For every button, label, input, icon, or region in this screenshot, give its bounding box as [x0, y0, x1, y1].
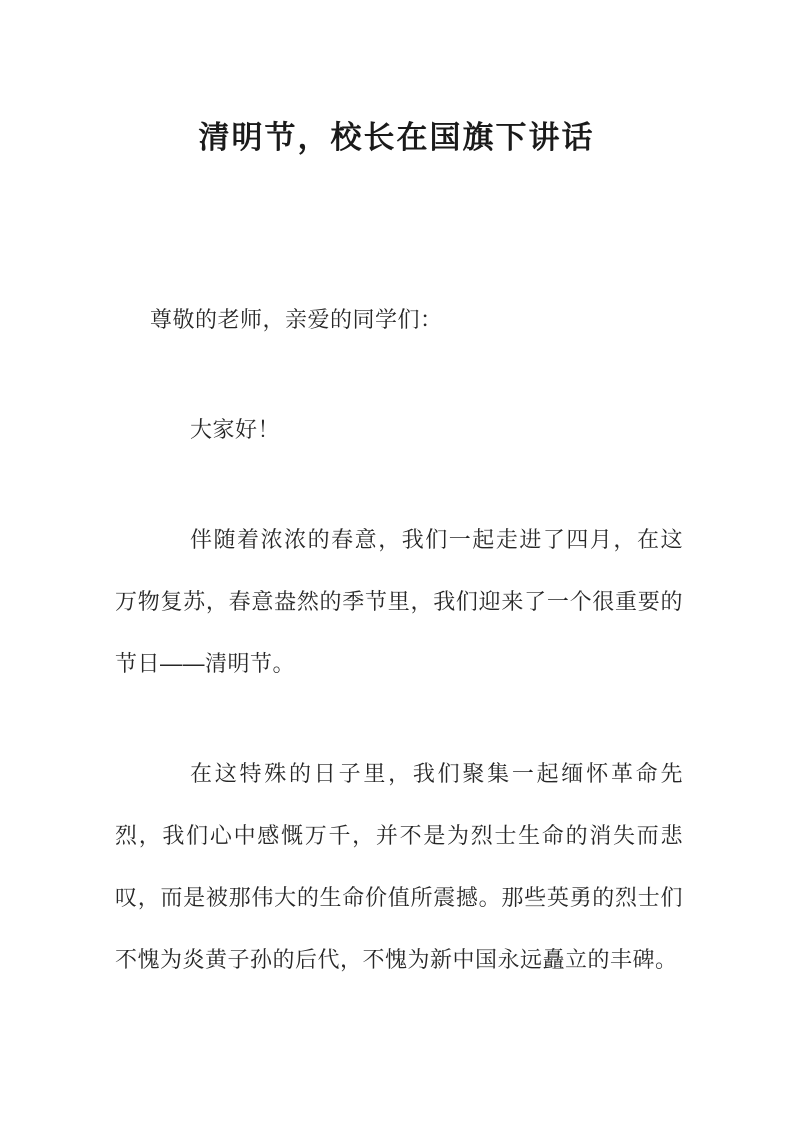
document-title: 清明节，校长在国旗下讲话 — [0, 0, 793, 164]
paragraph-salutation: 尊敬的老师，亲爱的同学们： — [115, 289, 683, 351]
paragraph-greeting: 大家好！ — [115, 399, 683, 461]
document-page: 清明节，校长在国旗下讲话 尊敬的老师，亲爱的同学们： 大家好！ 伴随着浓浓的春意… — [0, 0, 793, 1122]
document-body: 尊敬的老师，亲爱的同学们： 大家好！ 伴随着浓浓的春意，我们一起走进了四月，在这… — [115, 289, 683, 991]
paragraph-body-1: 伴随着浓浓的春意，我们一起走进了四月，在这万物复苏，春意盎然的季节里，我们迎来了… — [115, 509, 683, 695]
paragraph-body-2: 在这特殊的日子里，我们聚集一起缅怀革命先烈，我们心中感慨万千，并不是为烈士生命的… — [115, 743, 683, 991]
